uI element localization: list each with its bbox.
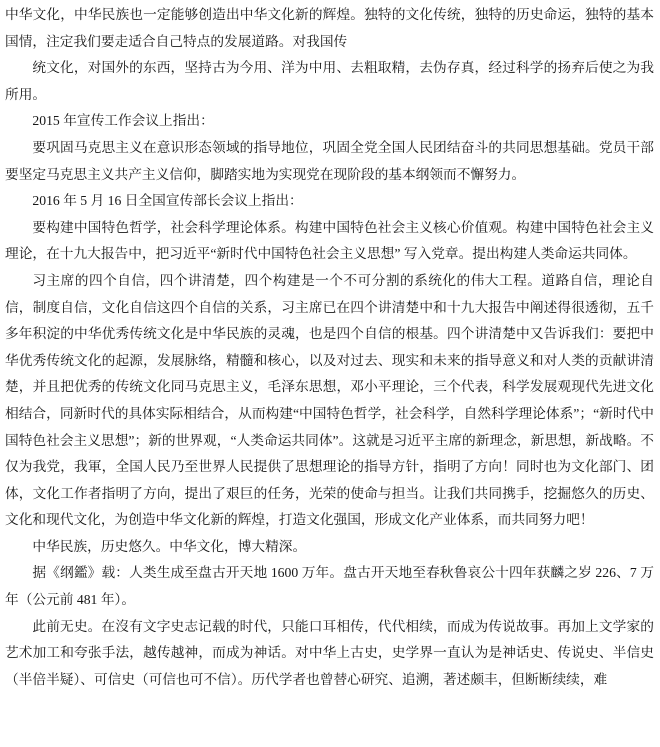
- paragraph: 据《纲鑑》载：人类生成至盘古开天地 1600 万年。盘古开天地至春秋鲁哀公十四年…: [5, 560, 654, 613]
- paragraph: 此前无史。在沒有文字史志记载的时代，只能口耳相传，代代相续，而成为传说故事。再加…: [5, 614, 654, 694]
- document-page: 中华文化，中华民族也一定能够创造出中华文化新的辉煌。独特的文化传统，独特的历史命…: [0, 0, 660, 747]
- paragraph: 要构建中国特色哲学，社会科学理论体系。构建中国特色社会主义核心价值观。构建中国特…: [5, 215, 654, 268]
- paragraph: 中华民族，历史悠久。中华文化，博大精深。: [5, 534, 654, 561]
- paragraph: 要巩固马克思主义在意识形态领域的指导地位，巩固全党全国人民团结奋斗的共同思想基础…: [5, 135, 654, 188]
- paragraph: 习主席的四个自信，四个讲清楚，四个构建是一个不可分割的系统化的伟大工程。道路自信…: [5, 268, 654, 534]
- paragraph: 统文化，对国外的东西，坚持古为今用、洋为中用、去粗取精，去伪存真，经过科学的扬弃…: [5, 55, 654, 108]
- paragraph-2016-heading: 2016 年 5 月 16 日全国宣传部长会议上指出：: [5, 188, 654, 215]
- paragraph-continuation: 中华文化，中华民族也一定能够创造出中华文化新的辉煌。独特的文化传统，独特的历史命…: [5, 2, 654, 55]
- paragraph-2015-heading: 2015 年宣传工作会议上指出：: [5, 108, 654, 135]
